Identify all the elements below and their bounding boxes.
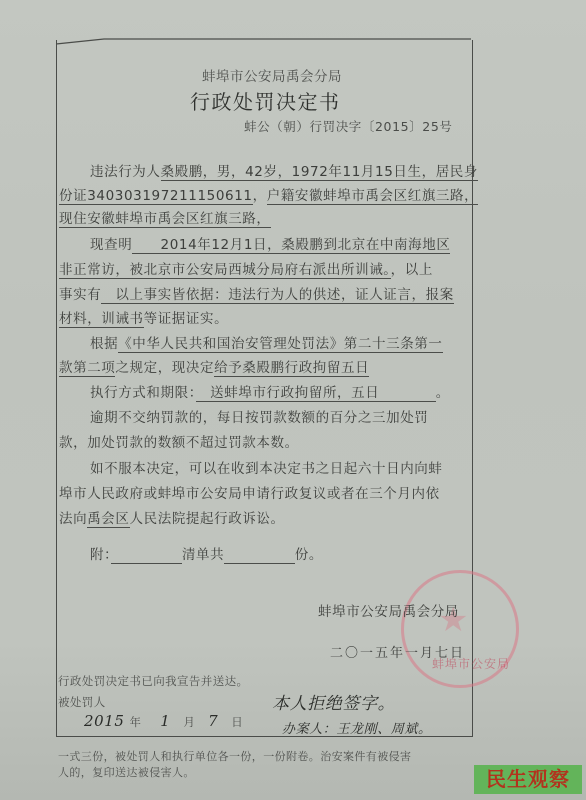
law-citation: 《中华人民共和国治安管理处罚法》第二十三条第一	[118, 336, 442, 353]
facts-label: 现查明	[90, 237, 132, 253]
month-label: 月	[183, 715, 195, 729]
handwritten-month: 1	[160, 712, 170, 730]
evidence-text-2: 材料，训诫书	[59, 311, 144, 328]
penalty-decision: 给予桑殿鹏行政拘留五日	[214, 360, 369, 377]
execution-suffix: 。	[436, 385, 450, 401]
facts-line-3: 事实有 以上事实皆依据：违法行为人的供述，证人证言，报案	[59, 283, 454, 303]
document-title: 行政处罚决定书	[190, 86, 341, 115]
handwritten-year: 2015	[84, 712, 125, 730]
offender-line-1: 违法行为人桑殿鹏，男，42岁，1972年11月15日生，居民身	[90, 160, 478, 180]
decision-label: 之规定，现决定	[115, 360, 214, 376]
execution-method: 送蚌埠市行政拘留所，五日	[196, 385, 436, 402]
appeal-line-1: 如不服本决定，可以在收到本决定书之日起六十日内向蚌	[90, 457, 443, 477]
appeal-line-3: 法向禹会区人民法院提起行政诉讼。	[59, 507, 285, 527]
signoff-issuer: 蚌埠市公安局禹会分局	[318, 600, 459, 620]
offender-id-number: 份证340303197211150611	[59, 188, 253, 205]
facts-line-2: 非正常访，被北京市公安局西城分局府右派出所训诫。，以上	[59, 258, 433, 278]
overdue-line-1: 逾期不交纳罚款的，每日按罚款数额的百分之三加处罚	[90, 406, 428, 426]
overdue-line-2: 款，加处罚款的数额不超过罚款本数。	[59, 431, 299, 451]
day-label: 日	[231, 715, 243, 729]
offender-line-2: 份证340303197211150611，户籍安徽蚌埠市禹会区红旗三路，	[59, 184, 478, 204]
receipt-date: 2015 年 1 月 7 日	[84, 712, 243, 730]
handlers-suffix: 。	[418, 722, 432, 737]
handwritten-day: 7	[208, 712, 218, 730]
court-district: 禹会区	[87, 511, 129, 528]
year-label: 年	[129, 715, 141, 729]
offender-label: 违法行为人	[90, 164, 161, 180]
appeal-line-2: 埠市人民政府或蚌埠市公安局申请行政复议或者在三个月内依	[59, 482, 440, 502]
execution-line: 执行方式和期限： 送蚌埠市行政拘留所，五日 。	[90, 381, 450, 401]
offender-current-address: 现住安徽蚌埠市禹会区红旗三路，	[59, 211, 271, 228]
footnote-line-2: 人的，复印送达被侵害人。	[58, 764, 195, 780]
footnote-line-1: 一式三份，被处罚人和执行单位各一份，一份附卷。治安案件有被侵害	[58, 748, 411, 764]
evidence-suffix: 等证据证实。	[144, 311, 229, 327]
receipt-statement: 行政处罚决定书已向我宣告并送达。	[58, 673, 248, 689]
basis-line-2: 款第二项之规定，现决定给予桑殿鹏行政拘留五日	[59, 356, 369, 376]
handlers-names: 王龙刚、周斌	[336, 722, 418, 737]
handlers-label: 办案人：	[282, 722, 336, 737]
attachment-label: 附：	[90, 547, 111, 563]
appeal-suffix: 人民法院提起行政诉讼。	[130, 511, 285, 527]
execution-label: 执行方式和期限：	[90, 385, 196, 401]
offender-info: 桑殿鹏，男，42岁，1972年11月15日生，居民身	[161, 164, 479, 181]
offender-line-3: 现住安徽蚌埠市禹会区红旗三路，	[59, 207, 271, 227]
handwritten-refusal: 本人拒绝签字。	[272, 689, 395, 714]
law-clause: 款第二项	[59, 360, 115, 377]
attachment-blank-2	[224, 547, 295, 564]
facts-text-2: 非正常访，被北京市公安局西城分局府右派出所训诫。	[59, 262, 391, 279]
watermark-badge: 民生观察	[474, 765, 582, 794]
document-number: 蚌公（朝）行罚决字〔2015〕25号	[244, 117, 453, 135]
facts-line-1: 现查明 2014年12月1日，桑殿鹏到北京在中南海地区	[90, 233, 450, 253]
attachment-suffix: 份。	[295, 547, 323, 563]
signoff-date: 二〇一五年一月七日	[330, 642, 465, 661]
offender-household-registration: 户籍安徽蚌埠市禹会区红旗三路，	[267, 188, 479, 205]
issuer-heading: 蚌埠市公安局禹会分局	[202, 65, 342, 85]
attachment-blank-1	[111, 547, 182, 564]
evidence-label: 事实有	[59, 287, 101, 303]
separator: ，	[253, 188, 267, 204]
attachment-line: 附： 清单共 份。	[90, 543, 323, 563]
basis-line-1: 根据《中华人民共和国治安管理处罚法》第二十三条第一	[90, 332, 443, 352]
facts-suffix: ，以上	[391, 262, 433, 278]
evidence-text-1: 以上事实皆依据：违法行为人的供述，证人证言，报案	[101, 287, 454, 304]
appeal-prefix: 法向	[59, 511, 87, 527]
basis-label: 根据	[90, 336, 118, 352]
case-handlers: 办案人：王龙刚、周斌。	[282, 718, 432, 737]
facts-line-4: 材料，训诫书等证据证实。	[59, 307, 228, 327]
facts-text-1: 2014年12月1日，桑殿鹏到北京在中南海地区	[132, 237, 450, 254]
recipient-label: 被处罚人	[58, 694, 106, 710]
attachment-list-label: 清单共	[182, 547, 224, 563]
